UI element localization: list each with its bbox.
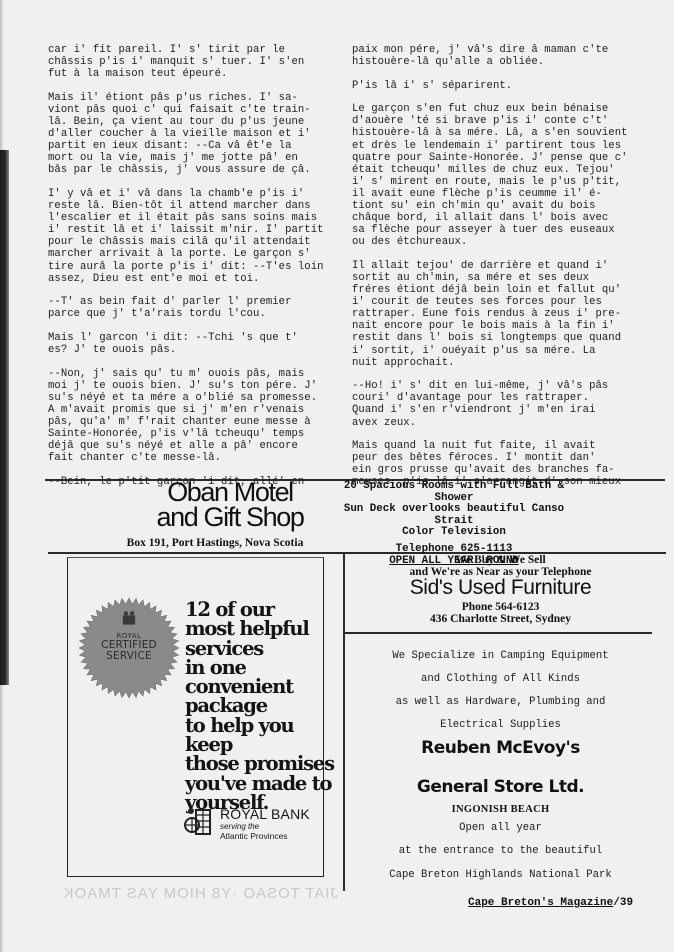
bank-region: Atlantic Provinces: [220, 831, 310, 841]
oban-feature: 20 Spacious Rooms with Full Bath & Showe…: [326, 481, 582, 504]
headline-line: those promises: [185, 754, 335, 773]
mcevoy-line: We Specialize in Camping Equipment: [348, 650, 653, 662]
binding-shadow: [0, 150, 9, 685]
bleed-through-text: JIAT TOSAO ·Y8 HIOM YAS TMAOK: [48, 885, 338, 902]
bank-serving: serving the: [220, 822, 310, 831]
page-footer: Cape Breton's Magazine/39: [468, 897, 633, 909]
mcevoy-entrance: at the entrance to the beautiful: [348, 845, 653, 857]
oban-feature: Sun Deck overlooks beautiful Canso Strai…: [326, 504, 582, 527]
headline-line: most helpful: [185, 619, 335, 638]
paragraph: Mais l' garcon 'i dit: --Tchi 's que t' …: [48, 332, 338, 356]
sids-name: Sid's Used Furniture: [348, 576, 653, 600]
oban-address: Box 191, Port Hastings, Nova Scotia: [80, 537, 350, 549]
sids-tagline-1: We Buy & We Sell: [348, 555, 653, 567]
sids-phone: Phone 564-6123: [348, 601, 653, 613]
mcevoy-store: General Store Ltd.: [348, 777, 653, 797]
paragraph: --Non, j' sais qu' tu m' ouois pâs, mais…: [48, 368, 338, 465]
paragraph: P'is lâ i' s' séparirent.: [352, 80, 652, 92]
bank-name: ROYAL BANK: [220, 806, 310, 822]
headline-line: services: [185, 639, 335, 658]
sids-address: 436 Charlotte Street, Sydney: [348, 613, 653, 625]
divider-sids-bottom: [344, 632, 652, 634]
headline-line: to help you keep: [185, 716, 335, 755]
paragraph: Le garçon s'en fut chuz eux bein bénaise…: [352, 103, 652, 248]
divider-vertical: [343, 553, 345, 891]
paragraph: paix mon pére, j' vâ's dire â maman c'te…: [352, 44, 652, 68]
royal-bank-signature: ROYAL BANK serving the Atlantic Province…: [220, 806, 310, 841]
paragraph: I' y vâ et i' vâ dans la chamb'e p'is i'…: [48, 188, 338, 285]
mcevoy-location: INGONISH BEACH: [348, 804, 653, 815]
headline-line: package: [185, 696, 335, 715]
mcevoy-line: Electrical Supplies: [348, 719, 653, 731]
mcevoy-line: as well as Hardware, Plumbing and: [348, 696, 653, 708]
magazine-title: Cape Breton's Magazine: [468, 897, 613, 909]
article-right-column: paix mon pére, j' vâ's dire â maman c'te…: [352, 44, 652, 500]
article-left-column: car i' fit pareil. I' s' tirit par le ch…: [48, 44, 338, 499]
paragraph: --T' as bein fait d' parler l' premier p…: [48, 296, 338, 320]
royal-bank-headline: 12 of our most helpful services in one c…: [185, 600, 335, 812]
royal-bank-lion-globe-icon: [184, 807, 214, 837]
seal-text: ROYAL CERTIFIED SERVICE: [78, 632, 180, 662]
paragraph: Mais il' étiont pâs p'us riches. I' sa- …: [48, 92, 338, 177]
seal-service: SERVICE: [78, 651, 180, 662]
mcevoy-open: Open all year: [348, 822, 653, 834]
sids-tagline: We Buy & We Sell and We're as Near as yo…: [348, 555, 653, 578]
footer-separator: /: [613, 897, 620, 909]
oban-feature: Color Television: [326, 527, 582, 539]
paragraph: car i' fit pareil. I' s' tirit par le ch…: [48, 44, 338, 80]
page-number: 39: [620, 897, 633, 909]
sids-contact: Phone 564-6123 436 Charlotte Street, Syd…: [348, 601, 653, 625]
mcevoy-line: and Clothing of All Kinds: [348, 673, 653, 685]
mcevoy-name: Reuben McEvoy's: [348, 738, 653, 758]
oban-title: Oban Motel and Gift Shop: [110, 480, 350, 530]
mcevoy-park: Cape Breton Highlands National Park: [348, 869, 653, 881]
oban-title-line2: and Gift Shop: [110, 505, 350, 530]
paragraph: --Ho! i' s' dit en lui-même, j' vâ's pâs…: [352, 380, 652, 428]
paragraph: Il allait tejou' de darrière et quand i'…: [352, 260, 652, 369]
